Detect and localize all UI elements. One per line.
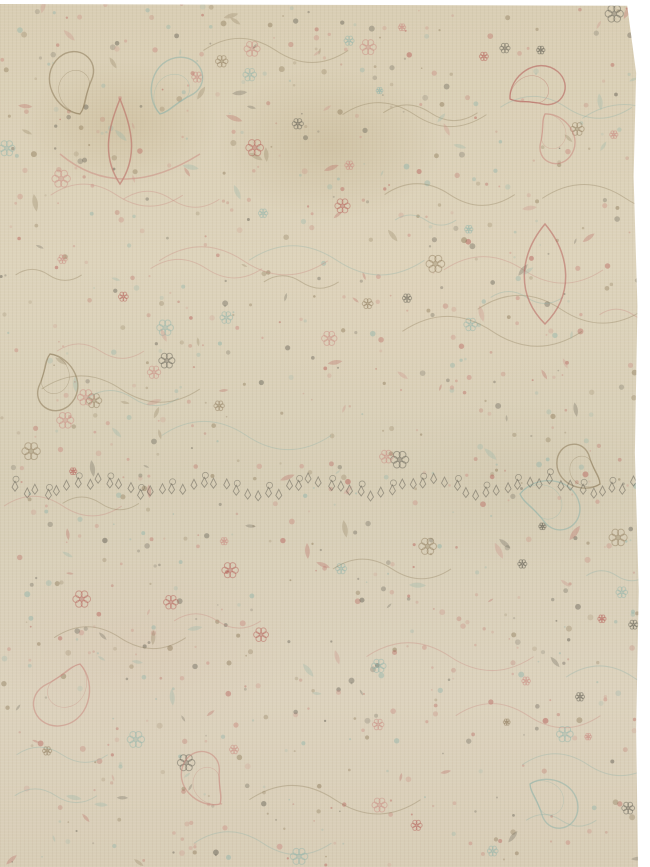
floret-dot xyxy=(379,349,382,352)
floret-dot xyxy=(24,591,30,597)
floret-dot xyxy=(21,32,27,38)
floret-dot xyxy=(517,51,522,56)
floret-dot xyxy=(127,458,130,461)
floret-dot xyxy=(229,113,231,115)
floret-dot xyxy=(303,135,308,140)
floret-dot xyxy=(46,580,52,586)
floret-dot xyxy=(270,146,272,148)
floret-dot xyxy=(311,356,315,360)
floret-dot xyxy=(388,184,390,186)
floret-dot xyxy=(307,11,309,13)
floret-dot xyxy=(257,166,259,168)
floret-dot xyxy=(469,243,475,249)
floret-dot xyxy=(626,484,628,486)
floret-dot xyxy=(475,570,479,574)
floret-dot xyxy=(289,80,291,82)
floret-dot xyxy=(264,715,269,720)
floret-dot xyxy=(236,634,240,638)
rosette-center xyxy=(348,164,350,166)
floret-dot xyxy=(381,586,386,591)
vine-scroll xyxy=(51,184,183,206)
floret-dot xyxy=(547,253,549,255)
floret-dot xyxy=(1,681,6,686)
lancet-leaf xyxy=(595,20,602,29)
floret-dot xyxy=(102,538,107,543)
floret-dot xyxy=(627,32,633,38)
floret-dot xyxy=(356,591,360,595)
floret-dot xyxy=(146,387,149,390)
floret-dot xyxy=(15,154,19,158)
floret-dot xyxy=(196,211,200,215)
floret-dot xyxy=(336,690,341,695)
floret-dot xyxy=(114,46,119,51)
floret-dot xyxy=(301,741,305,745)
floret-dot xyxy=(236,513,239,516)
rosette-center xyxy=(540,49,542,51)
floret-dot xyxy=(311,212,314,215)
rosette-center xyxy=(504,47,507,50)
floret-dot xyxy=(633,571,635,573)
floret-dot xyxy=(320,549,322,551)
rosette-center xyxy=(165,359,169,363)
floret-dot xyxy=(130,276,135,281)
floret-dot xyxy=(311,399,313,401)
floret-dot xyxy=(557,370,559,372)
floret-dot xyxy=(92,650,94,652)
floret-dot xyxy=(26,621,28,623)
rug-photo xyxy=(0,4,640,867)
rosette-center xyxy=(469,323,472,326)
lancet-leaf xyxy=(5,854,18,866)
floret-dot xyxy=(515,639,521,645)
floret-dot xyxy=(189,846,193,850)
floret-dot xyxy=(82,175,85,178)
floret-dot xyxy=(566,626,572,632)
floret-dot xyxy=(440,102,445,107)
floret-dot xyxy=(17,431,21,435)
vine-scroll xyxy=(542,184,640,212)
floret-dot xyxy=(390,562,394,566)
floret-dot xyxy=(140,105,143,108)
floret-dot xyxy=(33,426,38,431)
floret-dot xyxy=(471,733,475,737)
floret-dot xyxy=(101,132,104,135)
floret-dot xyxy=(119,762,123,766)
floret-dot xyxy=(317,130,319,132)
floret-dot xyxy=(505,184,510,189)
vine-scroll xyxy=(249,246,424,275)
floret-dot xyxy=(38,740,44,746)
lancet-leaf xyxy=(245,524,256,528)
floret-dot xyxy=(516,276,521,281)
floret-dot xyxy=(48,522,53,527)
paisley-inner xyxy=(53,66,99,118)
floret-dot xyxy=(293,710,298,715)
floret-dot xyxy=(196,545,200,549)
floret-dot xyxy=(633,718,636,721)
floret-dot xyxy=(605,286,610,291)
floret-dot xyxy=(247,218,250,221)
floral-band-spray xyxy=(180,484,186,494)
floret-dot xyxy=(289,519,295,525)
floret-dot xyxy=(527,47,530,50)
floret-dot xyxy=(450,211,453,214)
floret-dot xyxy=(97,652,99,654)
floret-dot xyxy=(287,857,289,859)
floret-dot xyxy=(232,311,234,313)
floret-dot xyxy=(120,325,125,330)
floret-dot xyxy=(333,196,335,198)
floret-dot xyxy=(585,557,591,563)
floret-dot xyxy=(482,299,486,303)
floret-dot xyxy=(31,151,37,157)
rosette-petal xyxy=(224,538,227,541)
floret-dot xyxy=(115,41,120,46)
floret-dot xyxy=(390,799,392,801)
floret-dot xyxy=(256,683,261,688)
floret-dot xyxy=(383,187,386,190)
floret-dot xyxy=(181,136,183,138)
floret-dot xyxy=(635,278,639,282)
floret-dot xyxy=(111,584,114,587)
floret-dot xyxy=(610,283,614,287)
rosette-center xyxy=(563,732,567,736)
floret-dot xyxy=(116,727,119,730)
floret-dot xyxy=(476,182,480,186)
floret-dot xyxy=(11,147,14,150)
lancet-leaf xyxy=(399,773,403,782)
floret-dot xyxy=(5,706,9,710)
floret-dot xyxy=(403,111,405,113)
floret-dot xyxy=(340,20,344,24)
floret-dot xyxy=(474,457,478,461)
floret-dot xyxy=(126,678,129,681)
paisley-boteh xyxy=(27,653,99,734)
rosette-center xyxy=(627,807,630,810)
floret-dot xyxy=(289,579,291,581)
floret-dot xyxy=(96,130,99,133)
floret-dot xyxy=(566,840,571,845)
floret-dot xyxy=(407,52,412,57)
lancet-leaf xyxy=(232,184,243,200)
floret-dot xyxy=(226,416,228,418)
floret-dot xyxy=(148,275,150,277)
floret-dot xyxy=(588,148,590,150)
rosette-center xyxy=(252,145,256,149)
floret-dot xyxy=(225,280,227,282)
floret-dot xyxy=(102,558,106,562)
floral-band-bloom xyxy=(455,475,461,481)
lancet-leaf xyxy=(386,228,399,243)
floret-dot xyxy=(541,145,545,149)
floret-dot xyxy=(53,324,57,328)
floret-dot xyxy=(65,839,70,844)
floret-dot xyxy=(216,253,220,257)
floret-dot xyxy=(513,256,515,258)
floral-band-spray xyxy=(536,479,542,489)
floret-dot xyxy=(334,504,336,506)
floral-band-spray xyxy=(201,477,207,487)
floral-band-spray xyxy=(75,478,81,488)
floret-dot xyxy=(280,538,285,543)
floret-dot xyxy=(535,391,539,395)
floret-dot xyxy=(365,718,371,724)
floret-dot xyxy=(555,620,557,622)
floret-dot xyxy=(113,647,117,651)
floret-dot xyxy=(512,814,515,817)
floral-band-spray xyxy=(473,490,479,500)
floret-dot xyxy=(383,382,386,385)
floret-dot xyxy=(365,735,369,739)
floret-dot xyxy=(384,475,389,480)
floret-dot xyxy=(221,735,225,739)
rosette-center xyxy=(262,212,264,214)
rosette-center xyxy=(122,295,124,297)
lancet-leaf xyxy=(631,856,640,861)
floral-band-spray xyxy=(287,480,293,490)
floret-dot xyxy=(67,821,69,823)
rosette-center xyxy=(366,45,370,49)
floret-dot xyxy=(34,436,36,438)
floral-band-spray xyxy=(53,486,59,496)
floret-dot xyxy=(101,84,105,88)
floret-dot xyxy=(330,807,332,809)
floret-dot xyxy=(490,351,493,354)
floret-dot xyxy=(226,201,229,204)
rosette-petal xyxy=(602,615,605,618)
floret-dot xyxy=(521,482,523,484)
floret-dot xyxy=(204,243,207,246)
floret-dot xyxy=(57,202,59,204)
floret-dot xyxy=(632,728,637,733)
floral-band-bloom xyxy=(202,472,208,478)
floret-dot xyxy=(362,199,365,202)
floret-dot xyxy=(84,627,88,631)
floret-dot xyxy=(301,113,303,115)
floret-dot xyxy=(543,718,549,724)
floret-dot xyxy=(485,183,488,186)
floret-dot xyxy=(440,286,443,289)
floret-dot xyxy=(247,198,251,202)
rosette-center xyxy=(196,76,199,79)
rosette-center xyxy=(220,60,223,63)
floret-dot xyxy=(186,307,189,310)
floret-dot xyxy=(420,370,426,376)
floret-dot xyxy=(252,719,254,721)
floral-band-spray xyxy=(441,477,447,487)
floret-dot xyxy=(413,566,415,568)
rosette-center xyxy=(61,258,63,260)
floret-dot xyxy=(421,67,423,69)
floret-dot xyxy=(280,412,283,415)
floret-dot xyxy=(219,503,222,506)
floret-dot xyxy=(392,650,397,655)
floret-dot xyxy=(201,14,204,17)
floral-band-bloom xyxy=(170,479,176,485)
floret-dot xyxy=(498,839,502,843)
floret-dot xyxy=(550,840,552,842)
floret-dot xyxy=(307,707,309,709)
vine-scroll xyxy=(162,421,331,449)
floret-dot xyxy=(22,168,27,173)
rosette-center xyxy=(587,736,589,738)
floret-dot xyxy=(416,429,418,431)
floret-dot xyxy=(329,461,334,466)
floret-dot xyxy=(133,169,138,174)
floret-dot xyxy=(283,234,289,240)
floret-dot xyxy=(551,598,554,601)
floret-dot xyxy=(330,640,332,642)
lancet-leaf xyxy=(52,835,56,843)
floret-dot xyxy=(321,829,323,831)
lancet-leaf xyxy=(117,796,129,800)
floret-dot xyxy=(226,855,231,860)
lancet-leaf xyxy=(187,783,193,791)
floret-dot xyxy=(429,225,433,229)
floret-dot xyxy=(179,386,182,389)
floret-dot xyxy=(289,375,294,380)
floret-dot xyxy=(495,130,497,132)
floral-band-spray xyxy=(138,489,144,499)
floret-dot xyxy=(303,494,307,498)
floret-dot xyxy=(76,830,78,832)
rosette-center xyxy=(348,39,351,42)
floret-dot xyxy=(58,805,63,810)
floret-dot xyxy=(189,821,193,825)
floret-dot xyxy=(184,822,189,827)
lancet-leaf xyxy=(283,293,288,302)
paisley-inner xyxy=(148,69,194,121)
rosette-center xyxy=(425,544,429,548)
floret-dot xyxy=(484,400,486,402)
floret-dot xyxy=(433,711,438,716)
floret-dot xyxy=(64,393,69,398)
floret-dot xyxy=(457,616,462,621)
floret-dot xyxy=(245,655,247,657)
floret-dot xyxy=(575,604,581,610)
floret-dot xyxy=(253,477,257,481)
floret-dot xyxy=(144,543,150,549)
floret-dot xyxy=(233,722,238,727)
floret-dot xyxy=(450,73,453,76)
floret-dot xyxy=(515,321,519,325)
floret-dot xyxy=(103,4,107,7)
floral-band-spray xyxy=(600,486,606,496)
floret-dot xyxy=(97,612,102,617)
floret-dot xyxy=(153,564,156,567)
floret-dot xyxy=(147,475,150,478)
floral-band-bloom xyxy=(390,480,396,486)
floret-dot xyxy=(293,61,296,64)
floret-dot xyxy=(209,25,213,29)
floret-dot xyxy=(629,814,635,820)
floret-dot xyxy=(451,335,456,340)
floret-dot xyxy=(237,755,243,761)
floret-dot xyxy=(142,859,145,862)
floret-dot xyxy=(475,258,478,261)
floret-dot xyxy=(55,430,58,433)
lancet-leaf xyxy=(573,238,577,245)
floret-dot xyxy=(379,37,381,39)
floret-dot xyxy=(420,433,422,435)
rosette-center xyxy=(379,90,381,92)
floret-dot xyxy=(439,609,445,615)
floret-dot xyxy=(116,492,121,497)
rosette-center xyxy=(616,535,621,540)
floret-dot xyxy=(348,769,351,772)
floret-dot xyxy=(567,638,570,641)
floret-dot xyxy=(205,235,207,237)
floret-dot xyxy=(433,608,435,610)
floret-dot xyxy=(313,295,316,298)
rosette-center xyxy=(134,737,138,741)
floret-dot xyxy=(390,295,392,297)
floret-dot xyxy=(432,237,437,242)
floret-dot xyxy=(444,84,450,90)
floret-dot xyxy=(559,652,561,654)
floral-band-spray xyxy=(338,481,344,491)
floret-dot xyxy=(0,58,4,62)
floret-dot xyxy=(129,664,134,669)
floret-dot xyxy=(157,723,163,729)
floret-dot xyxy=(557,713,560,716)
floret-dot xyxy=(105,131,107,133)
rosette-center xyxy=(341,204,345,208)
floral-band-spray xyxy=(389,485,395,495)
floret-dot xyxy=(230,208,234,212)
floret-dot xyxy=(413,543,416,546)
floret-dot xyxy=(431,313,435,317)
lancet-leaf xyxy=(477,305,486,323)
floret-dot xyxy=(582,471,588,477)
floral-band-spray xyxy=(546,474,552,484)
floret-dot xyxy=(88,651,91,654)
floret-dot xyxy=(7,647,11,651)
floret-dot xyxy=(618,458,622,462)
floral-band-spray xyxy=(410,479,416,489)
floret-dot xyxy=(137,148,143,154)
floret-dot xyxy=(186,110,188,112)
floret-dot xyxy=(323,366,327,370)
floret-dot xyxy=(169,292,171,294)
floret-dot xyxy=(127,415,132,420)
floret-dot xyxy=(542,769,547,774)
floret-dot xyxy=(317,809,321,813)
floret-dot xyxy=(205,740,208,743)
floret-dot xyxy=(2,656,8,662)
floret-dot xyxy=(273,501,278,506)
floret-dot xyxy=(20,481,22,483)
floret-dot xyxy=(353,23,356,26)
floret-dot xyxy=(78,534,82,538)
floret-dot xyxy=(596,661,599,664)
floret-dot xyxy=(152,47,157,52)
floret-dot xyxy=(510,494,515,499)
floret-dot xyxy=(146,508,150,512)
floret-dot xyxy=(628,73,631,76)
floret-dot xyxy=(446,379,450,383)
floret-dot xyxy=(464,358,467,361)
floret-dot xyxy=(325,856,327,858)
floret-dot xyxy=(450,385,454,389)
floret-dot xyxy=(148,641,151,644)
vine-scroll xyxy=(264,276,339,288)
floret-dot xyxy=(341,475,347,481)
lancet-leaf xyxy=(540,369,549,381)
floret-dot xyxy=(349,738,351,740)
lancet-leaf xyxy=(113,128,128,143)
floret-dot xyxy=(77,15,82,20)
